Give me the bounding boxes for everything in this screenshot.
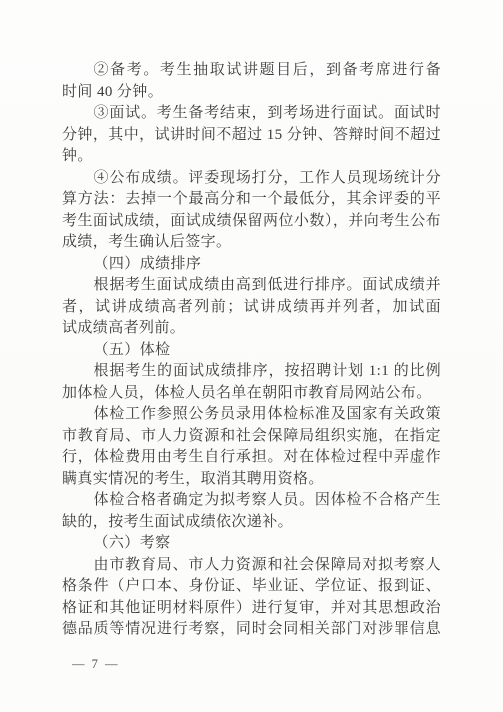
text-line: 缺的，按考生面试成绩依次递补。 [62, 512, 441, 534]
text-line: 加体检人员，体检人员名单在朝阳市教育局网站公布。 [62, 383, 441, 405]
text-line: 格证和其他证明材料原件）进行复审，并对其思想政治表现、道 [62, 598, 441, 620]
text-line: 算方法：去掉一个最高分和一个最低分，其余评委的平均分为 [62, 189, 441, 211]
text-line: （六）考察 [62, 533, 441, 555]
text-line: 行，体检费用由考生自行承担。对在体检过程中弄虚作假、隐 [62, 447, 441, 469]
text-line: 时间 40 分钟。 [62, 82, 441, 104]
text-line: 体检合格者确定为拟考察人员。因体检不合格产生岗位空 [62, 490, 441, 512]
text-line: 体检工作参照公务员录用体检标准及国家有关政策规定，由 [62, 404, 441, 426]
document-page: ②备考。考生抽取试讲题目后，到备考席进行备考。备考时间 40 分钟。③面试。考生… [0, 0, 503, 712]
text-line: ④公布成绩。评委现场打分，工作人员现场统计分数（计 [62, 168, 441, 190]
text-line: （四）成绩排序 [62, 254, 441, 276]
text-line: 瞒真实情况的考生，取消其聘用资格。 [62, 469, 441, 491]
document-body: ②备考。考生抽取试讲题目后，到备考席进行备考。备考时间 40 分钟。③面试。考生… [62, 60, 441, 641]
text-line: 格条件（户口本、身份证、毕业证、学位证、报到证、教师资 [62, 576, 441, 598]
text-line: 钟。 [62, 146, 441, 168]
text-line: ③面试。考生备考结束，到考场进行面试。面试时间 20 [62, 103, 441, 125]
text-line: 由市教育局、市人力资源和社会保障局对拟考察人员的资 [62, 555, 441, 577]
text-line: 试成绩高者列前。 [62, 318, 441, 340]
text-line: 市教育局、市人力资源和社会保障局组织实施，在指定医院进 [62, 426, 441, 448]
text-line: 根据考生面试成绩由高到低进行排序。面试成绩并列 [62, 275, 441, 297]
text-line: 德品质等情况进行考察，同时会同相关部门对涉罪信息进行查 [62, 619, 441, 641]
text-line: 考生面试成绩，面试成绩保留两位小数），并向考生公布面试 [62, 211, 441, 233]
text-line: 者，试讲成绩高者列前；试讲成绩再并列者，加试面试，加试面 [62, 297, 441, 319]
page-number: — 7 — [72, 657, 120, 672]
text-line: 成绩，考生确认后签字。 [62, 232, 441, 254]
text-line: ②备考。考生抽取试讲题目后，到备考席进行备考。备考 [62, 60, 441, 82]
text-line: （五）体检 [62, 340, 441, 362]
text-line: 根据考生的面试成绩排序，按招聘计划 1:1 的比例确定参 [62, 361, 441, 383]
text-line: 分钟，其中，试讲时间不超过 15 分钟、答辩时间不超过 5 分 [62, 125, 441, 147]
